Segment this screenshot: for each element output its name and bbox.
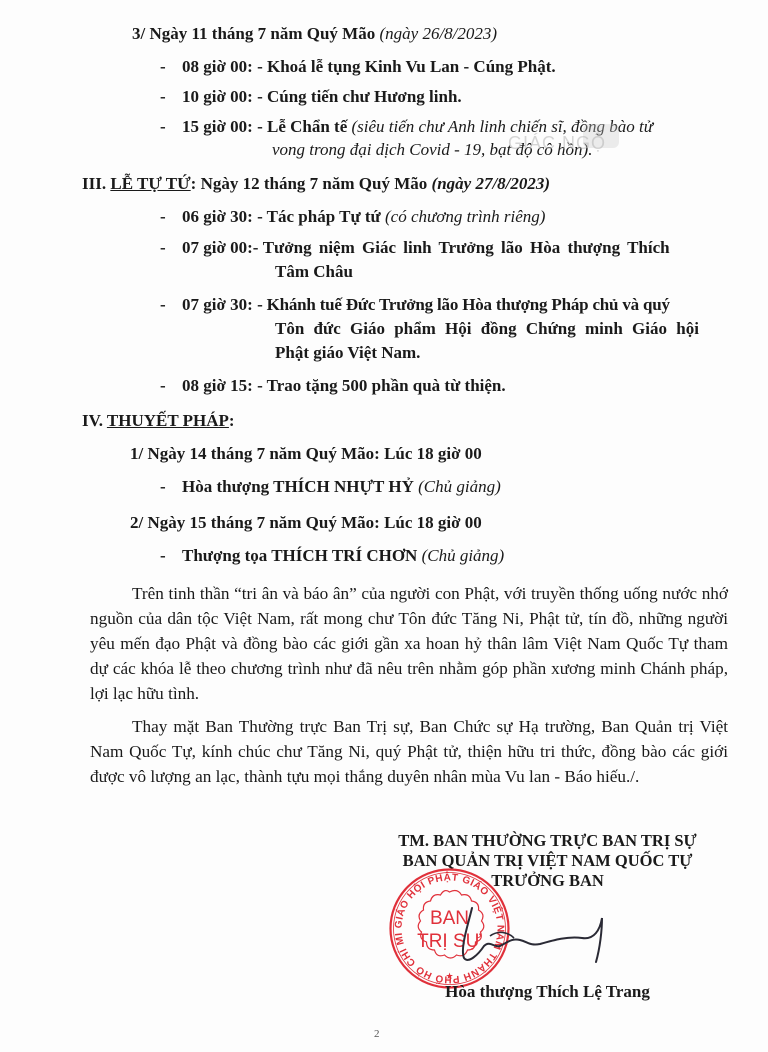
section-numeral: III. bbox=[82, 174, 106, 193]
iii-item-2: -07 giờ 00:- Tưởng niệm Giác linh Trưởng… bbox=[160, 238, 728, 258]
iv-session-1-heading: 1/ Ngày 14 tháng 7 năm Quý Mão: Lúc 18 g… bbox=[130, 444, 482, 464]
speaker-role: (Chủ giảng) bbox=[422, 546, 505, 565]
day3-heading-text: 3/ Ngày 11 tháng 7 năm Quý Mão bbox=[132, 24, 375, 43]
section-numeral: IV. bbox=[82, 411, 103, 430]
item-time: 08 giờ 00: bbox=[182, 57, 253, 76]
item-text: Tưởng niệm Giác linh Trưởng lão Hòa thượ… bbox=[263, 238, 670, 257]
item-text: - Khánh tuế Đức Trưởng lão Hòa thượng Ph… bbox=[257, 295, 670, 314]
document-page: 3/ Ngày 11 tháng 7 năm Quý Mão (ngày 26/… bbox=[0, 0, 768, 1052]
page-number: 2 bbox=[374, 1028, 380, 1040]
speaker-name: Hòa thượng THÍCH NHỰT HỶ bbox=[182, 477, 414, 496]
signatory-name: Hòa thượng Thích Lệ Trang bbox=[375, 982, 720, 1002]
item-time: 08 giờ 15: bbox=[182, 376, 253, 395]
item-note: (có chương trình riêng) bbox=[385, 207, 545, 226]
signature-title-1: TM. BAN THƯỜNG TRỰC BAN TRỊ SỰ bbox=[375, 831, 720, 851]
section-date: (ngày 27/8/2023) bbox=[432, 174, 551, 193]
day3-heading-date: (ngày 26/8/2023) bbox=[379, 24, 497, 43]
item-text: - Cúng tiến chư Hương linh. bbox=[257, 87, 462, 106]
day3-item-1: -08 giờ 00: - Khoá lễ tụng Kinh Vu Lan -… bbox=[160, 57, 556, 77]
star-icon: ★ bbox=[445, 971, 453, 981]
day3-item-2: -10 giờ 00: - Cúng tiến chư Hương linh. bbox=[160, 87, 462, 107]
closing-paragraph-2: Thay mặt Ban Thường trực Ban Trị sự, Ban… bbox=[90, 714, 728, 789]
item-time: 10 giờ 00: bbox=[182, 87, 253, 106]
iii-item-3: -07 giờ 30: - Khánh tuế Đức Trưởng lão H… bbox=[160, 295, 670, 315]
iii-item-1: -06 giờ 30: - Tác pháp Tự tứ (có chương … bbox=[160, 207, 545, 227]
section-rest: : Ngày 12 tháng 7 năm Quý Mão bbox=[191, 174, 428, 193]
speaker-role: (Chủ giảng) bbox=[418, 477, 501, 496]
iv-session-1-speaker: -Hòa thượng THÍCH NHỰT HỶ (Chủ giảng) bbox=[160, 477, 501, 497]
item-text: - Tác pháp Tự tứ bbox=[257, 207, 381, 226]
section-iii-heading: III. LỄ TỰ TỨ: Ngày 12 tháng 7 năm Quý M… bbox=[82, 174, 550, 194]
item-time: 15 giờ 00: bbox=[182, 117, 253, 136]
section-title: THUYẾT PHÁP bbox=[107, 411, 229, 430]
day3-heading: 3/ Ngày 11 tháng 7 năm Quý Mão (ngày 26/… bbox=[132, 24, 497, 44]
item-text: - Trao tặng 500 phần quà từ thiện. bbox=[253, 376, 506, 395]
iv-session-2-speaker: -Thượng tọa THÍCH TRÍ CHƠN (Chủ giảng) bbox=[160, 546, 504, 566]
section-colon: : bbox=[229, 411, 235, 430]
item-text: - Lễ Chẩn tế bbox=[257, 117, 347, 136]
item-time: 06 giờ 30: bbox=[182, 207, 253, 226]
speaker-name: Thượng tọa THÍCH TRÍ CHƠN bbox=[182, 546, 417, 565]
handwritten-signature bbox=[450, 900, 630, 970]
watermark-text: GIÁC NGỘ bbox=[508, 133, 606, 154]
iii-item-4: -08 giờ 15: - Trao tặng 500 phần quà từ … bbox=[160, 376, 506, 396]
iv-session-2-heading: 2/ Ngày 15 tháng 7 năm Quý Mão: Lúc 18 g… bbox=[130, 513, 482, 533]
item-text: - Khoá lễ tụng Kinh Vu Lan - Cúng Phật. bbox=[257, 57, 556, 76]
section-iv-heading: IV. THUYẾT PHÁP: bbox=[82, 411, 235, 431]
item-time: 07 giờ 30: bbox=[182, 295, 253, 314]
iii-item-3-cont: Tôn đức Giáo phẩm Hội đồng Chứng minh Gi… bbox=[275, 319, 699, 339]
section-title: LỄ TỰ TỨ bbox=[110, 174, 190, 193]
iii-item-2-cont: Tâm Châu bbox=[275, 262, 353, 282]
closing-paragraph-1: Trên tinh thần “tri ân và báo ân” của ng… bbox=[90, 581, 728, 706]
iii-item-3-cont2: Phật giáo Việt Nam. bbox=[275, 343, 420, 363]
item-time: 07 giờ 00:- bbox=[182, 238, 258, 257]
